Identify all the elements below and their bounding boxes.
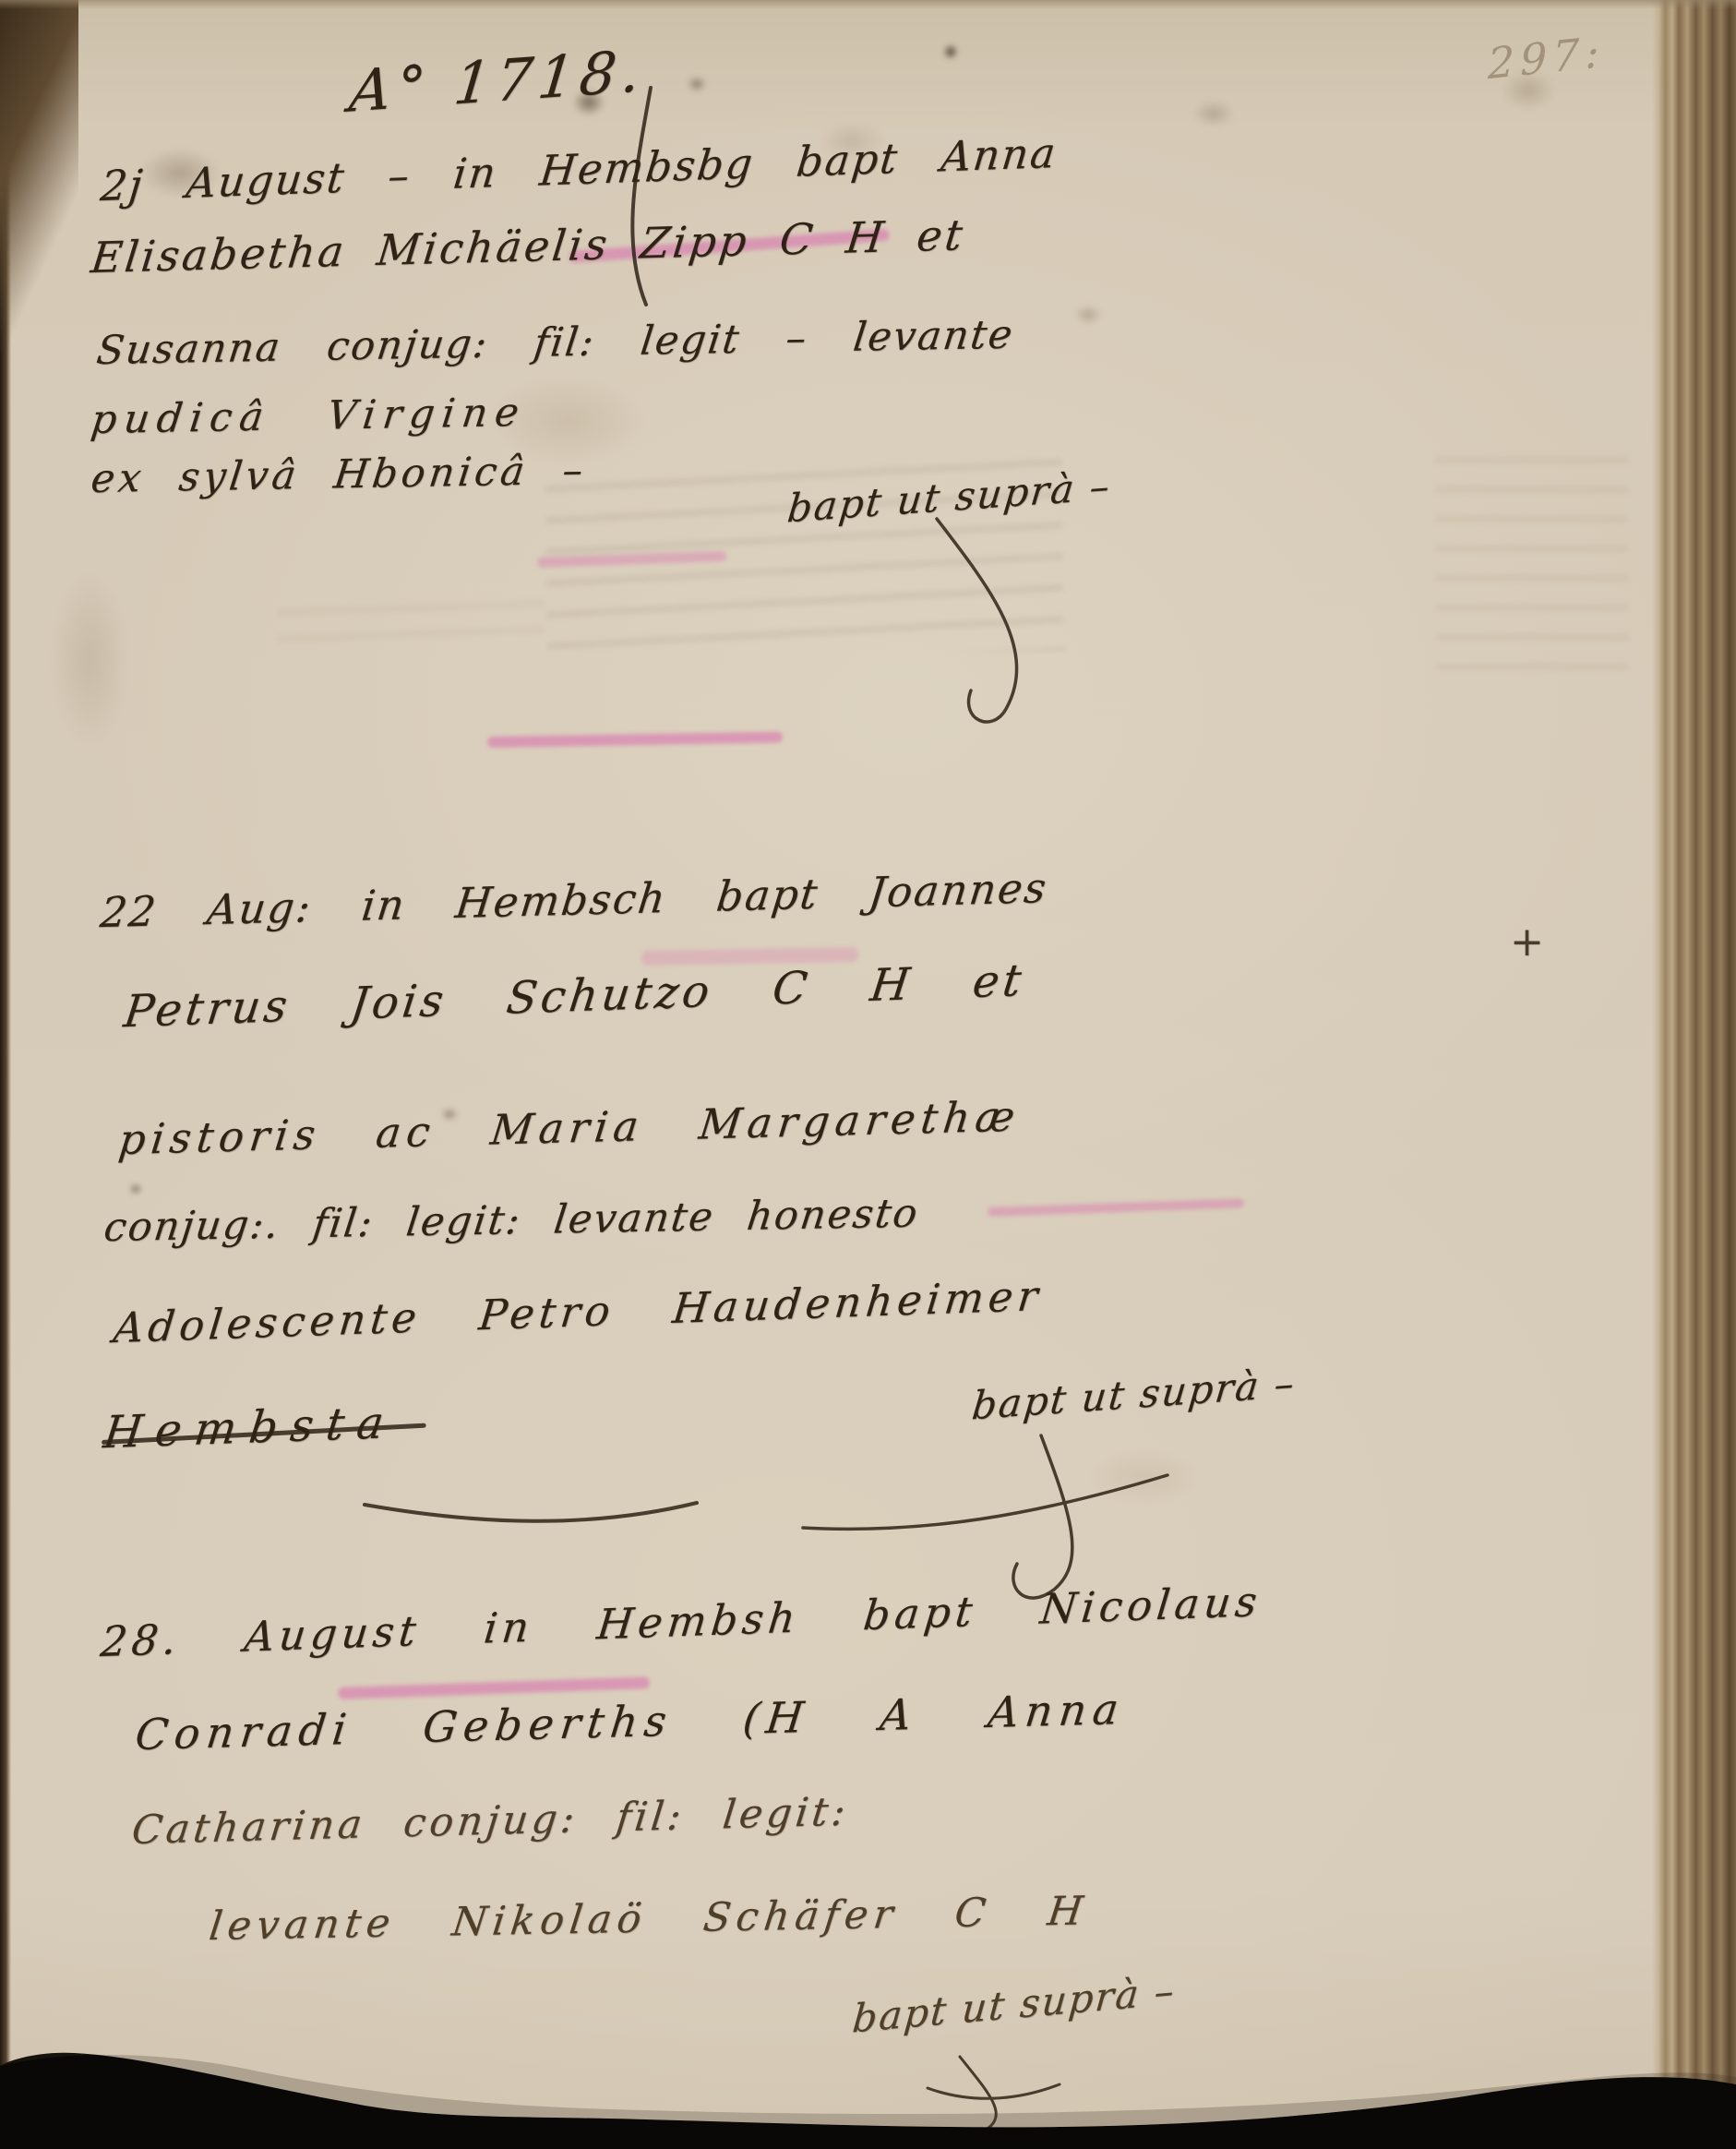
record-line: Adolescente Petro Haudenheimer	[111, 1271, 1044, 1352]
ink-flourish	[365, 1503, 697, 1521]
record-line: Susanna conjug: fil: legit – levante	[94, 312, 1017, 374]
binding-corner-shadow	[0, 0, 78, 351]
top-edge-shadow	[0, 0, 1736, 9]
record-line: Conradi Geberths (H A Anna	[133, 1684, 1128, 1759]
record-line: 28. August in Hembsh bapt Nicolaus	[98, 1577, 1263, 1666]
page-edge-strips	[1652, 0, 1736, 2149]
manuscript-page: 297: A° 1718. 2j August – in Hembsbg bap…	[0, 0, 1736, 2149]
page-number: 297:	[1488, 27, 1605, 90]
margin-cross-mark: +	[1510, 918, 1544, 966]
paper-stain	[1192, 100, 1235, 127]
record-line: levante Nikolaö Schäfer C H	[207, 1888, 1091, 1950]
ink-flourish	[632, 88, 651, 305]
record-line: Catharina conjug: fil: legit:	[129, 1789, 851, 1854]
ink-flourish	[960, 2057, 996, 2129]
paper-stain	[129, 1183, 142, 1195]
show-through-text	[1435, 434, 1629, 683]
baptism-note: bapt ut suprà –	[970, 1360, 1299, 1428]
pink-underline-geberths	[338, 1676, 650, 1699]
baptism-note: bapt ut suprà –	[851, 1967, 1178, 2041]
show-through-text	[277, 591, 545, 646]
record-line: ex sylvâ Hbonicâ –	[89, 448, 589, 502]
year-heading: A° 1718.	[346, 37, 649, 126]
record-line: Petrus Jois Schutzo C H et	[121, 954, 1027, 1038]
record-line: Elisabetha Michäelis Zipp C H et	[89, 210, 968, 282]
record-line: 22 Aug: in Hembsch bapt Joannes	[98, 863, 1050, 937]
paper-stain	[1074, 305, 1102, 325]
paper-stain	[943, 44, 958, 59]
paper-stain	[687, 76, 707, 92]
paper-stain	[51, 572, 129, 748]
ink-flourish	[928, 2084, 1060, 2098]
record-line: 2j August – in Hembsbg bapt Anna	[98, 128, 1060, 210]
pink-smear	[988, 1198, 1244, 1217]
ink-flourish	[1013, 1435, 1072, 1598]
record-line: conjug:. fil: legit: levante honesto	[102, 1191, 922, 1252]
record-line: pistoris ac Maria Margarethæ	[116, 1091, 1023, 1164]
paper-stain	[1089, 1449, 1200, 1505]
record-line: pudicâ Virgine	[89, 390, 529, 443]
pink-underline-schutzo	[487, 731, 783, 748]
